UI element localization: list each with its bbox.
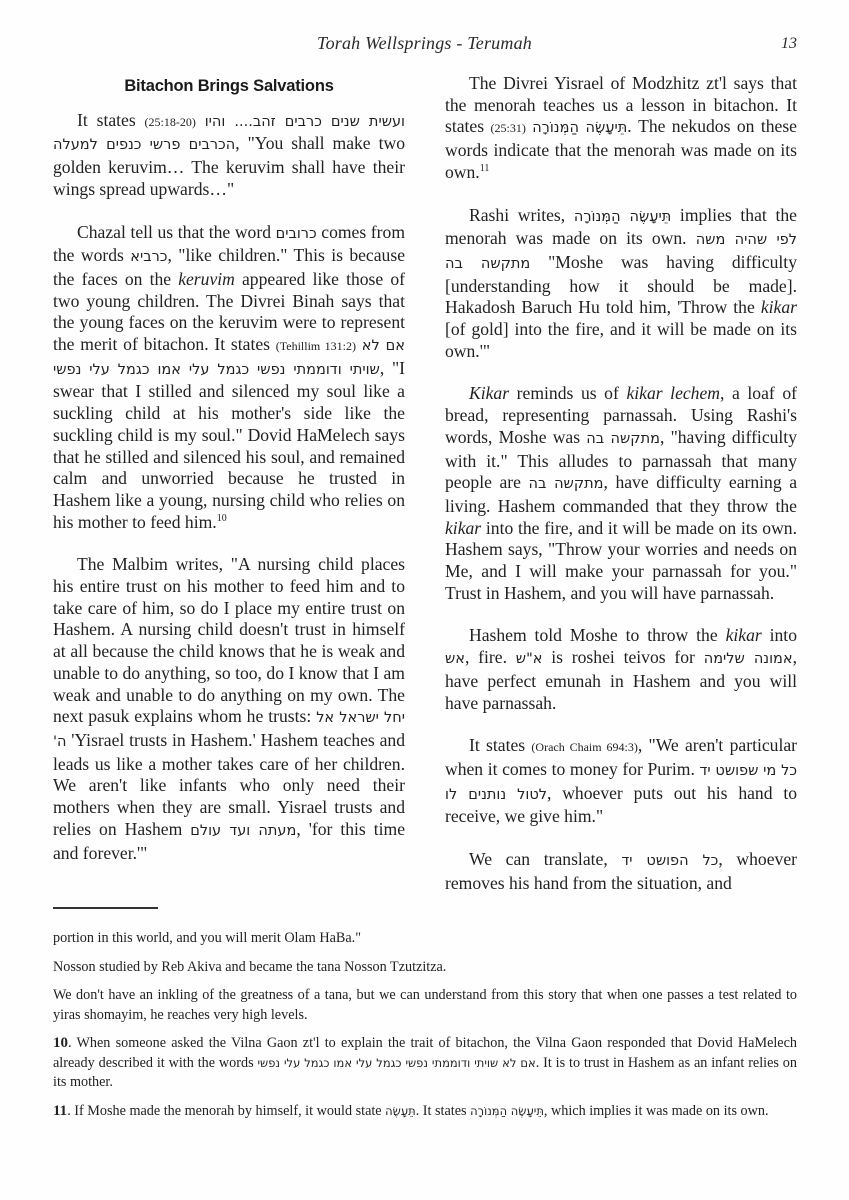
paragraph-translate: We can translate, כל הפושט יד, whoever r… — [445, 849, 797, 894]
hebrew-word: אמונה שלימה — [704, 651, 793, 667]
hebrew-word: תֵּעָשֶׂה — [385, 1104, 416, 1118]
footnote-continued: We don't have an inkling of the greatnes… — [53, 986, 797, 1025]
footnotes: portion in this world, and you will meri… — [53, 929, 797, 1130]
footnote-11: 11. If Moshe made the menorah by himself… — [53, 1102, 797, 1122]
text: into — [762, 625, 797, 645]
section-heading: Bitachon Brings Salvations — [53, 76, 405, 98]
text: It states — [77, 110, 145, 130]
hebrew-quote: כל הפושט יד — [621, 853, 718, 869]
hebrew-word: אש — [445, 651, 465, 667]
text: , "I swear that I stilled and silenced m… — [53, 358, 405, 532]
italic-term: kikar — [445, 518, 481, 538]
text: We can translate, — [469, 849, 621, 869]
running-title: Torah Wellsprings - Terumah — [0, 33, 849, 54]
left-column: Bitachon Brings Salvations It states (25… — [53, 73, 405, 864]
paragraph-keruvim-verse: It states (25:18-20) ועשית שנים כרבים זה… — [53, 110, 405, 201]
document-page: Torah Wellsprings - Terumah 13 Bitachon … — [0, 0, 849, 1200]
italic-term: Kikar — [469, 383, 509, 403]
verse-reference: (Orach Chaim 694:3) — [531, 740, 637, 754]
text: . It states — [416, 1103, 470, 1119]
text: It states — [469, 735, 531, 755]
footnote-continued: Nosson studied by Reb Akiva and became t… — [53, 958, 797, 978]
hebrew-word: מתקשה בה — [528, 476, 603, 492]
text: . If Moshe made the menorah by himself, … — [67, 1103, 385, 1119]
verse-reference: (Tehillim 131:2) — [276, 339, 356, 353]
footnote-number: 10 — [53, 1035, 68, 1051]
text: , which implies it was made on its own. — [544, 1103, 769, 1119]
hebrew-quote: תֵּיעָשֶׂה הַמְּנוֹרָה — [532, 120, 627, 136]
text: reminds us of — [509, 383, 626, 403]
text: [of gold] into the fire, and it will be … — [445, 319, 797, 361]
italic-term: kikar — [726, 625, 762, 645]
paragraph-fire: Hashem told Moshe to throw the kikar int… — [445, 625, 797, 714]
hebrew-word: כרובים — [276, 226, 317, 242]
footnote-number: 11 — [53, 1103, 67, 1119]
hebrew-word: כרביא — [130, 249, 167, 265]
verse-reference: (25:31) — [490, 121, 525, 135]
italic-term: kikar — [761, 297, 797, 317]
hebrew-quote: תֵּיעָשֶׂה הַמְּנוֹרָה — [574, 209, 671, 225]
text: is roshei teivos for — [542, 647, 703, 667]
page-number: 13 — [781, 35, 797, 53]
paragraph-purim: It states (Orach Chaim 694:3), "We aren'… — [445, 735, 797, 828]
hebrew-quote: אם לא שויתי ודוממתי נפשי כגמל עלי אמו כג… — [257, 1056, 535, 1070]
italic-term: keruvim — [178, 269, 235, 289]
paragraph-kikar: Kikar reminds us of kikar lechem, a loaf… — [445, 383, 797, 604]
running-header: Torah Wellsprings - Terumah 13 — [0, 33, 849, 57]
hebrew-word: א"ש — [516, 651, 543, 667]
footnote-marker[interactable]: 11 — [480, 163, 490, 174]
footnote-continued: portion in this world, and you will meri… — [53, 929, 797, 949]
text: Rashi writes, — [469, 205, 574, 225]
paragraph-malbim: The Malbim writes, "A nursing child plac… — [53, 554, 405, 864]
hebrew-quote: תֵּיעָשֶׂה הַמְּנוֹרָה — [470, 1104, 544, 1118]
paragraph-rashi: Rashi writes, תֵּיעָשֶׂה הַמְּנוֹרָה imp… — [445, 205, 797, 363]
italic-term: kikar lechem — [626, 383, 720, 403]
footnote-separator — [53, 907, 158, 909]
text: Hashem told Moshe to throw the — [469, 625, 726, 645]
footnote-10: 10. When someone asked the Vilna Gaon zt… — [53, 1034, 797, 1093]
text: , fire. — [465, 647, 516, 667]
text: into the fire, and it will be made on it… — [445, 518, 797, 603]
right-column: The Divrei Yisrael of Modzhitz zt'l says… — [445, 73, 797, 895]
text: Chazal tell us that the word — [77, 222, 276, 242]
hebrew-word: מתקשה בה — [586, 431, 660, 447]
paragraph-divrei-yisrael: The Divrei Yisrael of Modzhitz zt'l says… — [445, 73, 797, 184]
hebrew-quote: מעתה ועד עולם — [190, 823, 296, 839]
text: The Malbim writes, "A nursing child plac… — [53, 554, 405, 726]
footnote-marker[interactable]: 10 — [217, 513, 227, 524]
paragraph-chazal: Chazal tell us that the word כרובים come… — [53, 222, 405, 534]
verse-reference: (25:18-20) — [145, 115, 196, 129]
